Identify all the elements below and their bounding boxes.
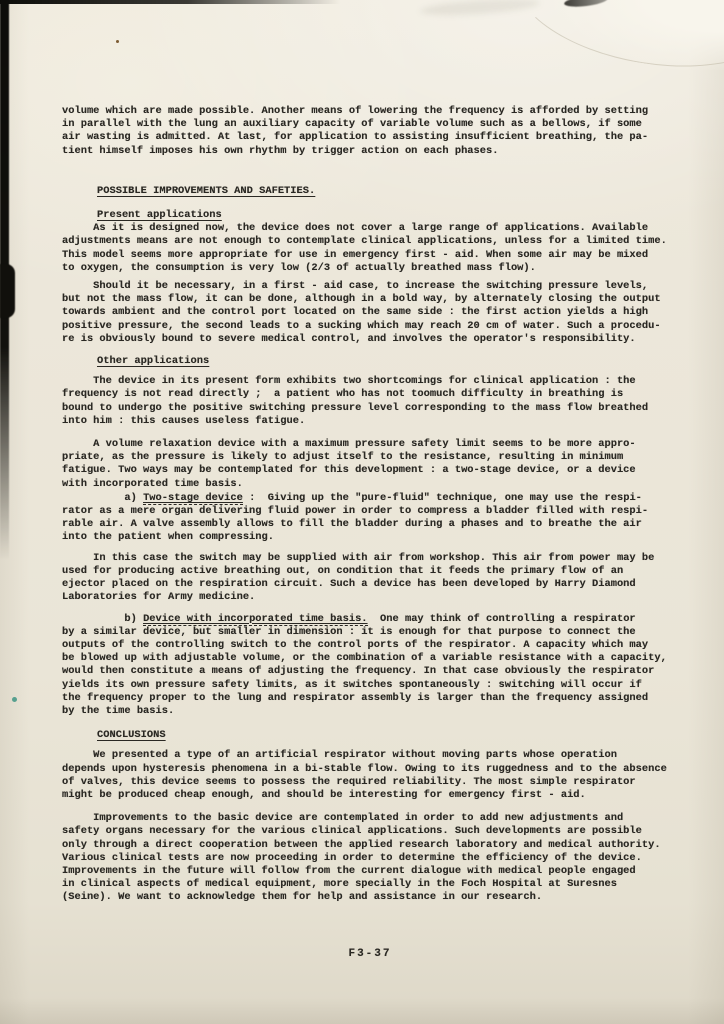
paragraph-present-applications-2: Should it be necessary, in a first - aid…: [62, 280, 678, 346]
item-b-title: Device with incorporated time basis.: [143, 613, 367, 626]
paragraph-time-basis-device: b) Device with incorporated time basis. …: [62, 613, 678, 719]
paragraph-present-applications-1: As it is designed now, the device does n…: [62, 222, 678, 275]
subsection-heading-present-applications: Present applications: [97, 209, 678, 222]
scan-bottom-shading: [0, 998, 724, 1024]
scanned-document-page: volume which are made possible. Another …: [0, 0, 724, 1024]
section-heading-conclusions: CONCLUSIONS: [97, 729, 678, 742]
paragraph-two-stage-device: a) Two-stage device : Giving up the "pur…: [62, 492, 678, 545]
paragraph-other-applications-2: A volume relaxation device with a maximu…: [62, 438, 678, 491]
paper-speck: [116, 40, 119, 43]
paragraph-workshop-air: In this case the switch may be supplied …: [62, 552, 678, 605]
paragraph-other-applications-1: The device in its present form exhibits …: [62, 375, 678, 428]
item-b-label: b): [62, 613, 143, 625]
item-b-text: One may think of controlling a respirato…: [62, 613, 667, 717]
page-curl-edge: [503, 0, 724, 85]
section-heading-possible-improvements: POSSIBLE IMPROVEMENTS AND SAFETIES.: [97, 185, 678, 198]
green-ink-speck: [12, 697, 17, 702]
paragraph-conclusions-2: Improvements to the basic device are con…: [62, 812, 678, 904]
subsection-heading-other-applications: Other applications: [97, 355, 678, 368]
scan-binding-mark: [0, 264, 15, 318]
item-a-title: Two-stage device: [143, 492, 243, 505]
document-body: volume which are made possible. Another …: [62, 105, 678, 905]
paragraph-intro-continuation: volume which are made possible. Another …: [62, 105, 678, 158]
item-a-label: a): [62, 492, 143, 504]
page-number: F3-37: [62, 948, 678, 960]
paragraph-conclusions-1: We presented a type of an artificial res…: [62, 749, 678, 802]
scan-edge-top: [0, 0, 340, 4]
